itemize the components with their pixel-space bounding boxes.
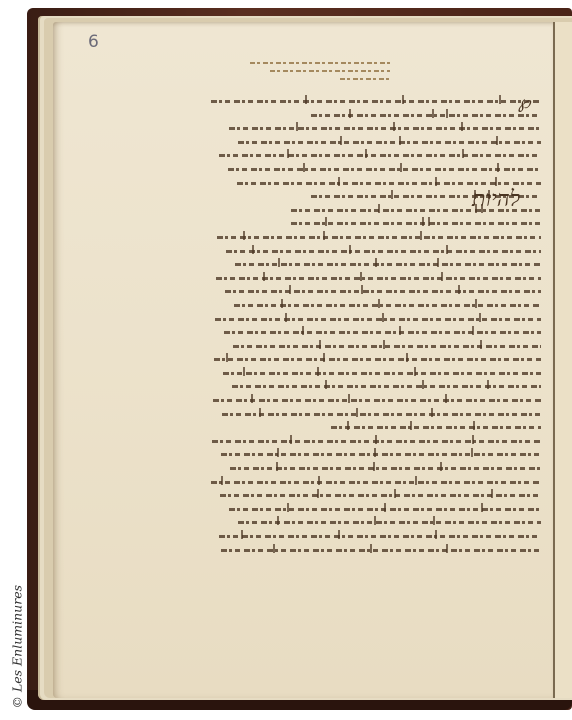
- manuscript-text-line: [185, 149, 541, 163]
- manuscript-text-line: [185, 353, 541, 367]
- marginal-line: [270, 70, 390, 72]
- manuscript-text-line: [185, 462, 541, 476]
- manuscript-text-line: [185, 217, 541, 231]
- manuscript-text-line: [185, 476, 541, 490]
- main-text-block: [185, 95, 541, 557]
- marginal-line: [340, 78, 390, 80]
- page-number: 6: [88, 32, 99, 52]
- manuscript-text-line: [185, 421, 541, 435]
- manuscript-text-line: [185, 136, 541, 150]
- manuscript-text-line: [185, 503, 541, 517]
- opening-word: ℘: [518, 92, 531, 113]
- manuscript-text-line: [185, 394, 541, 408]
- watermark-text: © Les Enluminures: [10, 599, 25, 709]
- manuscript-text-line: [185, 122, 541, 136]
- manuscript-text-line: [185, 380, 541, 394]
- manuscript-text-line: [185, 544, 541, 558]
- manuscript-text-line: [185, 408, 541, 422]
- manuscript-text-line: [185, 489, 541, 503]
- facing-page-edge: [553, 22, 572, 698]
- section-initial-word: להיות: [472, 186, 520, 212]
- marginal-line: [250, 62, 390, 64]
- manuscript-text-line: [185, 258, 541, 272]
- marginal-note: [250, 56, 390, 86]
- manuscript-text-line: [185, 231, 541, 245]
- manuscript-text-line: [185, 448, 541, 462]
- manuscript-text-line: [185, 530, 541, 544]
- manuscript-text-line: [185, 435, 541, 449]
- manuscript-text-line: [185, 299, 541, 313]
- manuscript-text-line: [185, 367, 541, 381]
- manuscript-text-line: [185, 516, 541, 530]
- manuscript-text-line: [185, 313, 541, 327]
- copyright-watermark: © Les Enluminures: [2, 600, 22, 715]
- manuscript-text-line: [185, 340, 541, 354]
- manuscript-text-line: [185, 245, 541, 259]
- manuscript-text-line: [185, 272, 541, 286]
- manuscript-text-line: [185, 109, 541, 123]
- manuscript-text-line: [185, 95, 541, 109]
- manuscript-text-line: [185, 285, 541, 299]
- manuscript-text-line: [185, 163, 541, 177]
- manuscript-text-line: [185, 326, 541, 340]
